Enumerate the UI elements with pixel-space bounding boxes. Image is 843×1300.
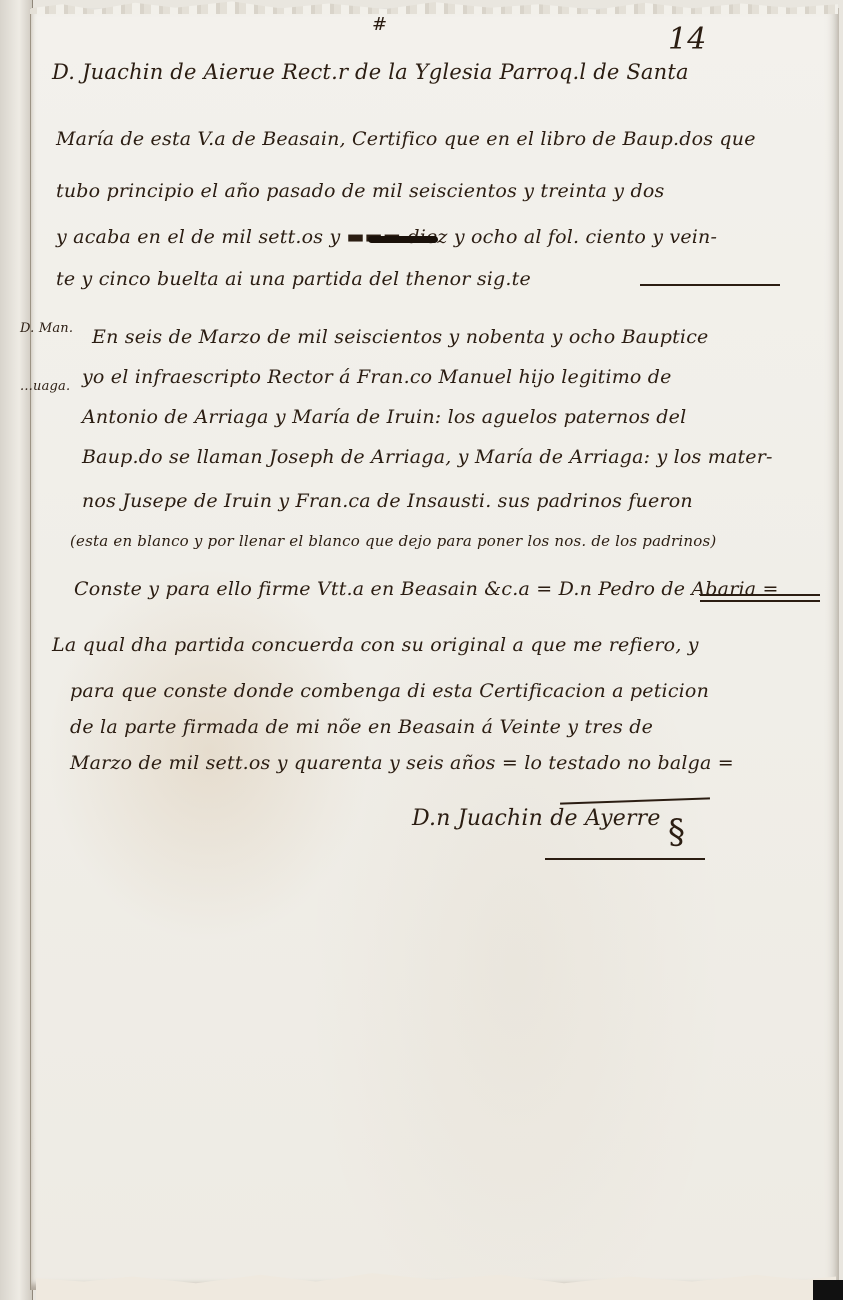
folio-number: 14 (668, 22, 707, 57)
certification-line-2: para que conste donde combenga di esta C… (70, 680, 709, 702)
preamble-line-5: te y cinco buelta ai una partida del the… (56, 268, 531, 290)
signature-rubric-bottom (545, 858, 705, 860)
certification-line-4: Marzo de mil sett.os y quarenta y seis a… (70, 752, 734, 774)
line-filler-rule (640, 284, 780, 286)
double-rule-2 (700, 600, 820, 602)
preamble-line-3: tubo principio el año pasado de mil seis… (56, 180, 664, 202)
preamble-line-2: María de esta V.a de Beasain, Certifico … (56, 128, 756, 150)
certification-line-3: de la parte firmada de mi nõe en Beasain… (70, 716, 653, 738)
redacted-strikeout (368, 236, 438, 243)
signature: D.n Juachin de Ayerre (412, 806, 661, 831)
scan-background-corner (813, 1280, 843, 1300)
entry-line-6-parenthetical: (esta en blanco y por llenar el blanco q… (70, 532, 716, 550)
margin-note-line-1: D. Man. (20, 320, 73, 338)
previous-page-edge (0, 0, 33, 1300)
signature-flourish-icon: § (668, 812, 685, 852)
double-rule-1 (700, 594, 820, 596)
torn-top-edge (30, 0, 838, 14)
entry-line-3: Antonio de Arriaga y María de Iruin: los… (82, 406, 686, 428)
entry-line-1: En seis de Marzo de mil seiscientos y no… (92, 326, 709, 348)
entry-line-5: nos Jusepe de Iruin y Fran.ca de Insaust… (82, 490, 693, 512)
entry-line-2: yo el infraescripto Rector á Fran.co Man… (82, 366, 672, 388)
preamble-line-1: D. Juachin de Aierue Rect.r de la Yglesi… (52, 60, 689, 84)
certification-line-1: La qual dha partida concuerda con su ori… (52, 634, 699, 656)
header-mark: # (372, 14, 387, 35)
entry-line-4: Baup.do se llaman Joseph de Arriaga, y M… (82, 446, 773, 468)
entry-line-7: Conste y para ello firme Vtt.a en Beasai… (74, 578, 779, 600)
margin-note-line-3: ...uaga. (20, 378, 70, 396)
